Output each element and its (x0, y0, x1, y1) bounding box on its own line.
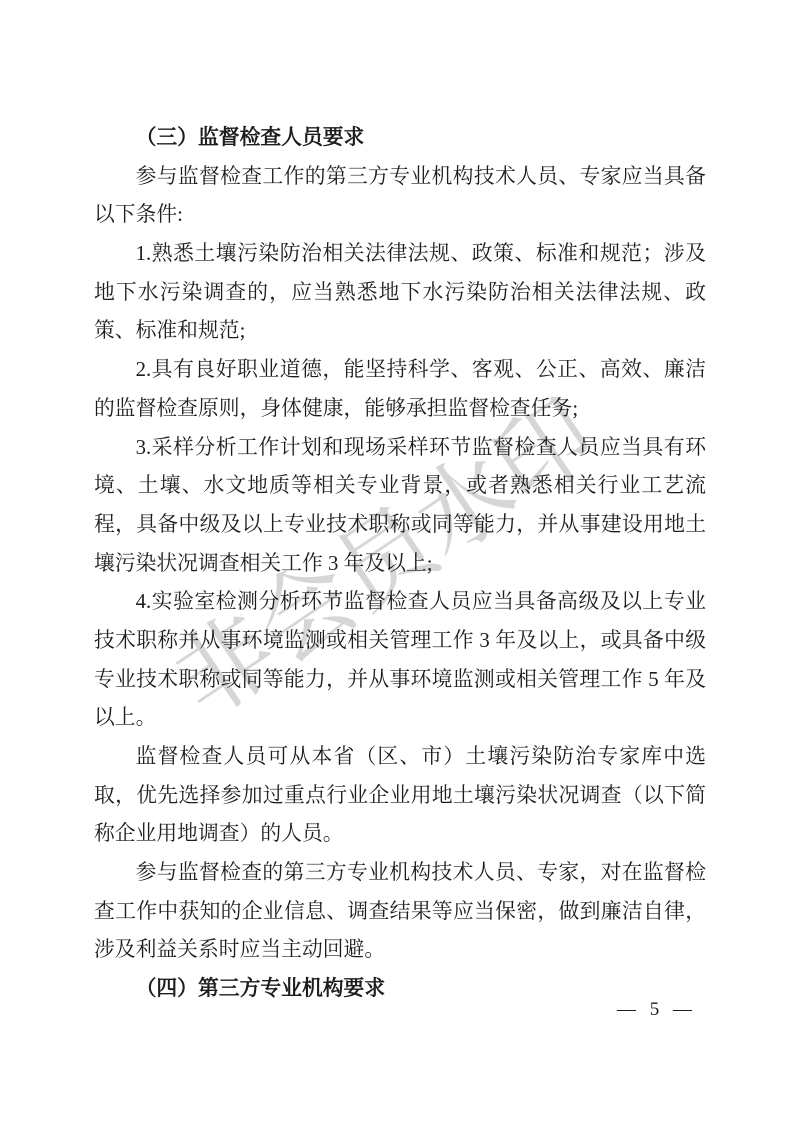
body-line: 专业技术职称或同等能力，并从事环境监测或相关管理工作 5 年及 (94, 661, 706, 700)
body-line: 2.具有良好职业道德，能坚持科学、客观、公正、高效、廉洁 (94, 351, 706, 390)
body-line: 以上。 (94, 699, 706, 738)
section-heading-4: （四）第三方专业机构要求 (94, 970, 706, 1009)
body-line: 以下条件: (94, 196, 706, 235)
body-line: 参与监督检查的第三方专业机构技术人员、专家，对在监督检 (94, 854, 706, 893)
body-line: 1.熟悉土壤污染防治相关法律法规、政策、标准和规范；涉及 (94, 235, 706, 274)
body-line: 涉及利益关系时应当主动回避。 (94, 931, 706, 970)
page-number: — 5 — (617, 999, 692, 1021)
body-line: 3.采样分析工作计划和现场采样环节监督检查人员应当具有环 (94, 429, 706, 468)
body-line: 监督检查人员可从本省（区、市）土壤污染防治专家库中选 (94, 738, 706, 777)
body-line: 境、土壤、水文地质等相关专业背景，或者熟悉相关行业工艺流 (94, 467, 706, 506)
body-line: 程，具备中级及以上专业技术职称或同等能力，并从事建设用地土 (94, 506, 706, 545)
body-line: 4.实验室检测分析环节监督检查人员应当具备高级及以上专业 (94, 583, 706, 622)
body-line: 壤污染状况调查相关工作 3 年及以上; (94, 545, 706, 584)
section-heading-3: （三）监督检查人员要求 (94, 119, 706, 158)
body-line: 称企业用地调查）的人员。 (94, 815, 706, 854)
body-line: 查工作中获知的企业信息、调查结果等应当保密，做到廉洁自律， (94, 893, 706, 932)
body-line: 取，优先选择参加过重点行业企业用地土壤污染状况调查（以下简 (94, 777, 706, 816)
body-line: 策、标准和规范; (94, 312, 706, 351)
body-line: 地下水污染调查的，应当熟悉地下水污染防治相关法律法规、政 (94, 274, 706, 313)
body-line: 技术职称并从事环境监测或相关管理工作 3 年及以上，或具备中级 (94, 622, 706, 661)
document-page: 非会员水印 （三）监督检查人员要求 参与监督检查工作的第三方专业机构技术人员、专… (0, 0, 794, 1123)
body-line: 参与监督检查工作的第三方专业机构技术人员、专家应当具备 (94, 158, 706, 197)
body-line: 的监督检查原则，身体健康，能够承担监督检查任务; (94, 390, 706, 429)
document-body: （三）监督检查人员要求 参与监督检查工作的第三方专业机构技术人员、专家应当具备 … (94, 119, 706, 1009)
